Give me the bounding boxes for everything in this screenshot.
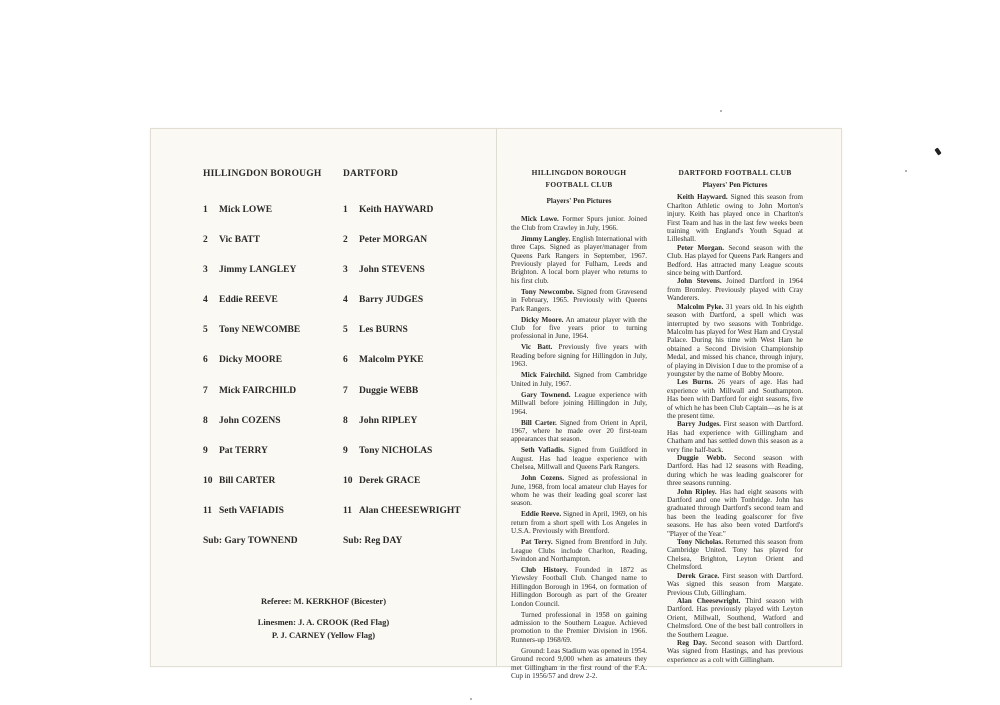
player-name: Pat TERRY	[219, 446, 268, 456]
substitute-row: Sub: Reg DAY	[343, 536, 461, 566]
shirt-number: 7	[343, 386, 359, 396]
club-title-line: HILLINGDON BOROUGH	[511, 167, 647, 179]
player-row: 11Alan CHEESEWRIGHT	[343, 506, 461, 536]
player-row: 3John STEVENS	[343, 265, 461, 295]
entry-name: Barry Judges.	[677, 420, 721, 428]
shirt-number: 8	[343, 416, 359, 426]
player-name: Keith HAYWARD	[359, 205, 433, 215]
player-name: Seth VAFIADIS	[219, 506, 284, 516]
player-row: 6Dicky MOORE	[203, 355, 300, 385]
entry-name: Tony Newcombe.	[521, 288, 574, 296]
player-row: 8John COZENS	[203, 416, 300, 446]
dartford-pen-pictures: DARTFORD FOOTBALL CLUB Players' Pen Pict…	[667, 167, 803, 664]
entry-text: Signed this season from Charlton Athleti…	[667, 193, 803, 243]
shirt-number: 3	[203, 265, 219, 275]
player-row: 2Vic BATT	[203, 235, 300, 265]
player-name: Derek GRACE	[359, 476, 420, 486]
pen-pictures-heading: Players' Pen Pictures	[667, 181, 803, 189]
player-name: Dicky MOORE	[219, 355, 282, 365]
shirt-number: 11	[343, 506, 359, 516]
away-team-heading: DARTFORD	[343, 169, 398, 179]
shirt-number: 6	[203, 355, 219, 365]
player-name: John RIPLEY	[359, 416, 417, 426]
player-name: Mick FAIRCHILD	[219, 386, 296, 396]
shirt-number: 1	[343, 205, 359, 215]
player-row: 3Jimmy LANGLEY	[203, 265, 300, 295]
entry-name: John Cozens.	[521, 474, 564, 482]
player-name: Barry JUDGES	[359, 295, 423, 305]
entry-name: Alan Cheesewright.	[677, 597, 740, 605]
home-team-heading: HILLINGDON BOROUGH	[203, 169, 321, 179]
shirt-number: 11	[203, 506, 219, 516]
player-row: 1Mick LOWE	[203, 205, 300, 235]
entry-name: Jimmy Langley.	[521, 235, 570, 243]
pen-picture-entry: Mick Fairchild. Signed from Cambridge Un…	[511, 371, 647, 388]
pen-picture-entry: Malcolm Pyke. 31 years old. In his eight…	[667, 303, 803, 379]
dartford-entries: Keith Hayward. Signed this season from C…	[667, 193, 803, 664]
pen-picture-entry: Eddie Reeve. Signed in April, 1969, on h…	[511, 510, 647, 535]
match-officials: Referee: M. KERKHOF (Bicester) Linesmen:…	[151, 595, 496, 642]
player-name: Mick LOWE	[219, 205, 272, 215]
hillingdon-entries: Mick Lowe. Former Spurs junior. Joined t…	[511, 215, 647, 680]
club-title-line: FOOTBALL CLUB	[511, 179, 647, 191]
shirt-number: 3	[343, 265, 359, 275]
player-row: 10Bill CARTER	[203, 476, 300, 506]
player-row: 6Malcolm PYKE	[343, 355, 461, 385]
dust-speck	[720, 110, 722, 112]
player-name: John COZENS	[219, 416, 281, 426]
player-row: 4Eddie REEVE	[203, 295, 300, 325]
pen-pictures-heading: Players' Pen Pictures	[511, 197, 647, 205]
player-name: Les BURNS	[359, 325, 408, 335]
pen-picture-entry: Keith Hayward. Signed this season from C…	[667, 193, 803, 243]
programme-sheet: HILLINGDON BOROUGH DARTFORD 1Mick LOWE2V…	[150, 128, 842, 667]
entry-name: Peter Morgan.	[677, 244, 724, 252]
entry-text: Has had eight seasons with Dartford and …	[667, 488, 803, 538]
entry-text: 31 years old. In his eighth season with …	[667, 303, 803, 378]
pen-picture-entry: Reg Day. Second season with Dartford. Wa…	[667, 639, 803, 664]
shirt-number: 2	[203, 235, 219, 245]
player-name: John STEVENS	[359, 265, 425, 275]
pen-picture-entry: Derek Grace. First season with Dartford.…	[667, 572, 803, 597]
player-name: Duggie WEBB	[359, 386, 418, 396]
entry-name: Vic Batt.	[521, 343, 552, 351]
player-row: 4Barry JUDGES	[343, 295, 461, 325]
player-row: 9Tony NICHOLAS	[343, 446, 461, 476]
shirt-number: 4	[203, 295, 219, 305]
shirt-number: 8	[203, 416, 219, 426]
shirt-number: 2	[343, 235, 359, 245]
hillingdon-club-title: HILLINGDON BOROUGH FOOTBALL CLUB	[511, 167, 647, 191]
pen-picture-entry: Seth Vafiadis. Signed from Guildford in …	[511, 446, 647, 471]
shirt-number: 10	[203, 476, 219, 486]
away-lineup: 1Keith HAYWARD2Peter MORGAN3John STEVENS…	[343, 205, 461, 566]
player-name: Bill CARTER	[219, 476, 275, 486]
pen-picture-entry: Gary Townend. League experience with Mil…	[511, 391, 647, 416]
pen-picture-entry: John Stevens. Joined Dartford in 1964 fr…	[667, 277, 803, 302]
shirt-number: 4	[343, 295, 359, 305]
shirt-number: 9	[203, 446, 219, 456]
pen-picture-entry: Les Burns. 26 years of age. Has had expe…	[667, 378, 803, 420]
pen-picture-entry: Vic Batt. Previously five years with Rea…	[511, 343, 647, 368]
pen-picture-entry: Duggie Webb. Second season with Dartford…	[667, 454, 803, 488]
player-row: 7Mick FAIRCHILD	[203, 386, 300, 416]
player-name: Peter MORGAN	[359, 235, 427, 245]
entry-name: Club History.	[521, 566, 568, 574]
entry-name: Mick Fairchild.	[521, 371, 571, 379]
hillingdon-pen-pictures: HILLINGDON BOROUGH FOOTBALL CLUB Players…	[511, 167, 647, 683]
entry-name: Reg Day.	[677, 639, 707, 647]
player-row: 11Seth VAFIADIS	[203, 506, 300, 536]
pen-picture-entry: Pat Terry. Signed from Brentford in July…	[511, 538, 647, 563]
linesman-red: Linesmen: J. A. CROOK (Red Flag)	[151, 616, 496, 629]
pen-picture-entry: Ground: Leas Stadium was opened in 1954.…	[511, 647, 647, 681]
entry-name: Tony Nicholas.	[677, 538, 723, 546]
pen-picture-entry: Bill Carter. Signed from Orient in April…	[511, 419, 647, 444]
shirt-number: 9	[343, 446, 359, 456]
scan-mark	[934, 147, 941, 155]
entry-name: Derek Grace.	[677, 572, 719, 580]
player-row: 5Les BURNS	[343, 325, 461, 355]
entry-name: Keith Hayward.	[677, 193, 728, 201]
entry-name: Eddie Reeve.	[521, 510, 561, 518]
entry-text: Ground: Leas Stadium was opened in 1954.…	[511, 647, 647, 680]
player-name: Tony NEWCOMBE	[219, 325, 300, 335]
player-name: Vic BATT	[219, 235, 260, 245]
player-row: 7Duggie WEBB	[343, 386, 461, 416]
pen-pictures-page: HILLINGDON BOROUGH FOOTBALL CLUB Players…	[497, 129, 841, 666]
substitute-row: Sub: Gary TOWNEND	[203, 536, 300, 566]
dust-speck	[470, 698, 472, 700]
player-name: Eddie REEVE	[219, 295, 278, 305]
player-name: Malcolm PYKE	[359, 355, 424, 365]
pen-picture-entry: Tony Newcombe. Signed from Gravesend in …	[511, 288, 647, 313]
player-name: Jimmy LANGLEY	[219, 265, 296, 275]
entry-name: John Ripley.	[677, 488, 717, 496]
shirt-number: 5	[203, 325, 219, 335]
pen-picture-entry: Club History. Founded in 1872 as Yiewsle…	[511, 566, 647, 608]
pen-picture-entry: Turned professional in 1958 on gaining a…	[511, 611, 647, 645]
pen-picture-entry: Jimmy Langley. English International wit…	[511, 235, 647, 285]
entry-name: Les Burns.	[677, 378, 713, 386]
pen-picture-entry: John Cozens. Signed as professional in J…	[511, 474, 647, 508]
entry-name: John Stevens.	[677, 277, 722, 285]
entry-text: English International with three Caps. S…	[511, 235, 647, 285]
linesman-yellow: P. J. CARNEY (Yellow Flag)	[151, 629, 496, 642]
dust-speck	[905, 170, 907, 172]
shirt-number: 10	[343, 476, 359, 486]
player-row: 9Pat TERRY	[203, 446, 300, 476]
entry-text: Turned professional in 1958 on gaining a…	[511, 611, 647, 644]
referee: Referee: M. KERKHOF (Bicester)	[151, 595, 496, 608]
player-row: 1Keith HAYWARD	[343, 205, 461, 235]
entry-name: Seth Vafiadis.	[521, 446, 565, 454]
entry-name: Mick Lowe.	[521, 215, 559, 223]
player-row: 5Tony NEWCOMBE	[203, 325, 300, 355]
shirt-number: 1	[203, 205, 219, 215]
pen-picture-entry: Barry Judges. First season with Dartford…	[667, 420, 803, 454]
pen-picture-entry: Mick Lowe. Former Spurs junior. Joined t…	[511, 215, 647, 232]
player-row: 8John RIPLEY	[343, 416, 461, 446]
player-row: 10Derek GRACE	[343, 476, 461, 506]
pen-picture-entry: Dicky Moore. An amateur player with the …	[511, 316, 647, 341]
shirt-number: 5	[343, 325, 359, 335]
entry-name: Malcolm Pyke.	[677, 303, 723, 311]
player-row: 2Peter MORGAN	[343, 235, 461, 265]
entry-name: Dicky Moore.	[521, 316, 563, 324]
team-sheet-page: HILLINGDON BOROUGH DARTFORD 1Mick LOWE2V…	[151, 129, 496, 666]
shirt-number: 7	[203, 386, 219, 396]
entry-name: Gary Townend.	[521, 391, 571, 399]
home-lineup: 1Mick LOWE2Vic BATT3Jimmy LANGLEY4Eddie …	[203, 205, 300, 566]
shirt-number: 6	[343, 355, 359, 365]
pen-picture-entry: Tony Nicholas. Returned this season from…	[667, 538, 803, 572]
entry-name: Bill Carter.	[521, 419, 557, 427]
entry-name: Duggie Webb.	[677, 454, 726, 462]
entry-name: Pat Terry.	[521, 538, 553, 546]
dartford-club-title: DARTFORD FOOTBALL CLUB	[667, 167, 803, 179]
pen-picture-entry: John Ripley. Has had eight seasons with …	[667, 488, 803, 538]
pen-picture-entry: Alan Cheesewright. Third season with Dar…	[667, 597, 803, 639]
player-name: Tony NICHOLAS	[359, 446, 432, 456]
pen-picture-entry: Peter Morgan. Second season with the Clu…	[667, 244, 803, 278]
player-name: Alan CHEESEWRIGHT	[359, 506, 461, 516]
